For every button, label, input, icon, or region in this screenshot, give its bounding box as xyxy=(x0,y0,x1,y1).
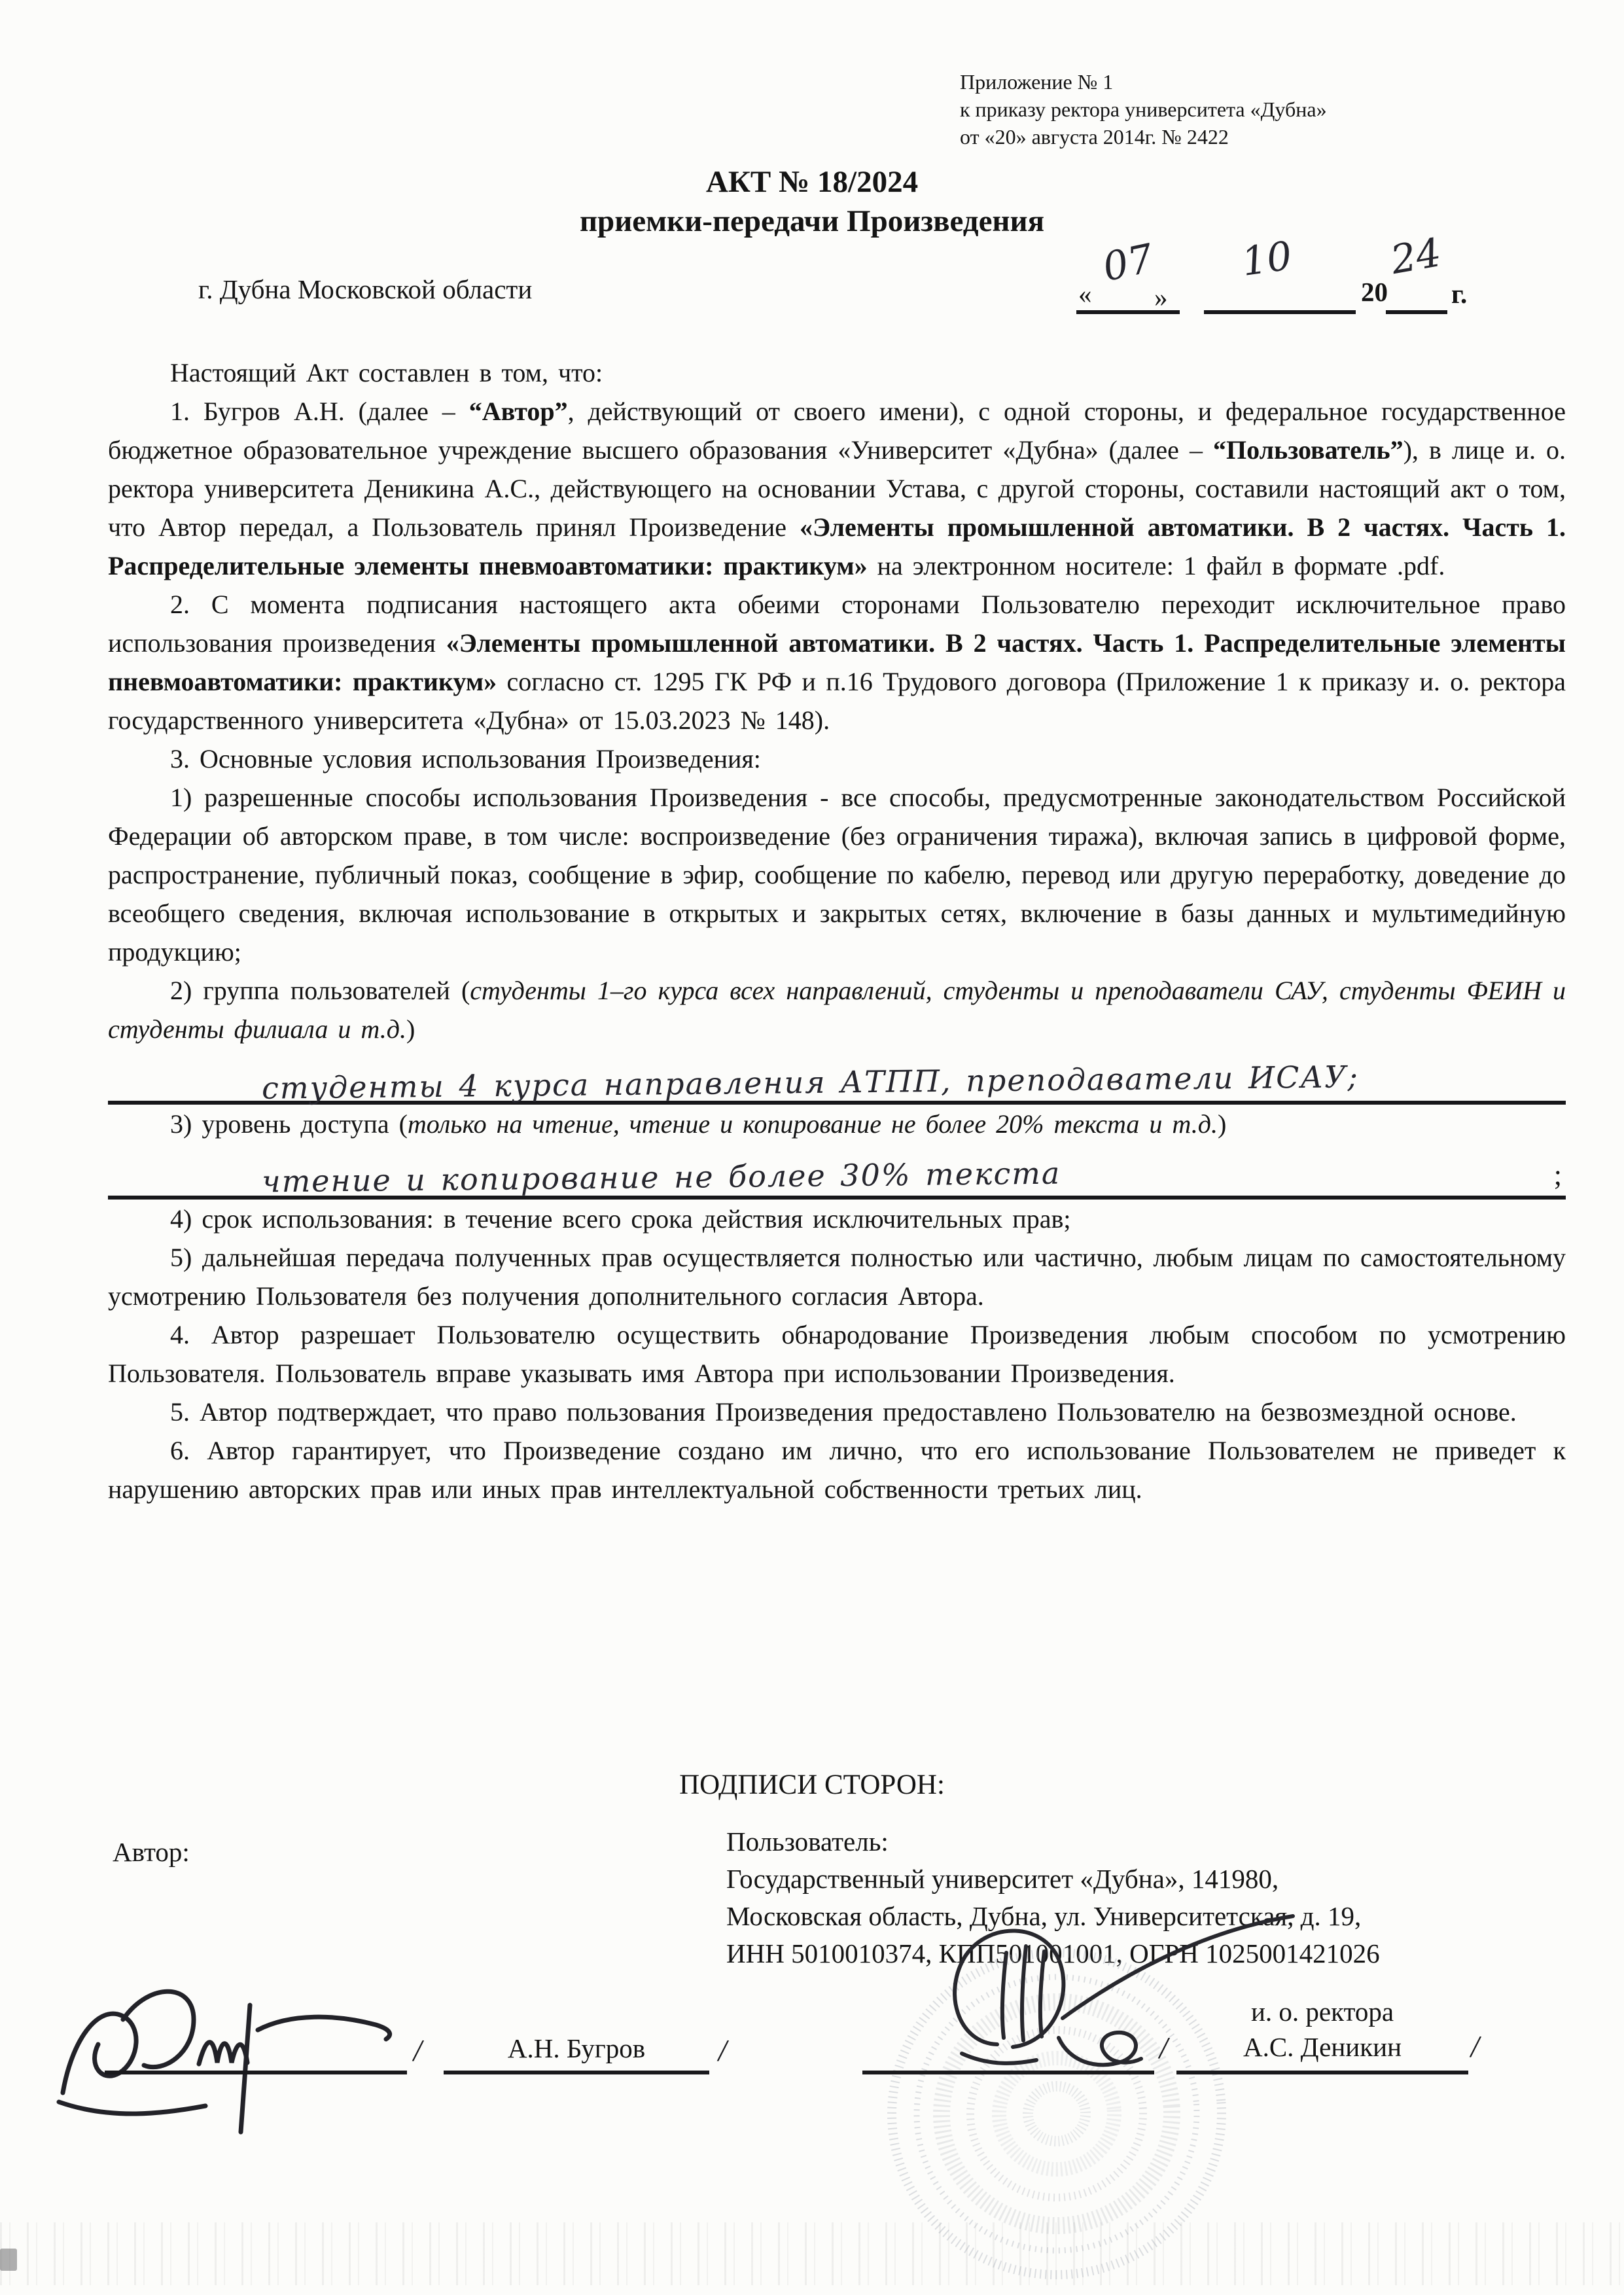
act-subtitle: приемки-передачи Произведения xyxy=(0,202,1624,241)
text-segment: 5. Автор подтверждает, что право пользов… xyxy=(170,1397,1517,1427)
text-segment: 5) дальнейшая передача полученных прав о… xyxy=(108,1243,1566,1311)
scanner-noise-band xyxy=(0,2222,1624,2285)
author-name: А.Н. Бугров xyxy=(444,2033,709,2064)
paragraph: Настоящий Акт составлен в том, что: xyxy=(108,353,1566,392)
act-number-title: АКТ № 18/2024 xyxy=(0,162,1624,202)
user-label: Пользователь: xyxy=(726,1823,1380,1860)
rector-signature-line xyxy=(862,2071,1154,2074)
handwritten-entry: чтение и копирование не более 30% текста xyxy=(262,1156,1061,1199)
paragraph: 3) уровень доступа (только на чтение, чт… xyxy=(108,1105,1566,1143)
paragraph: 5. Автор подтверждает, что право пользов… xyxy=(108,1393,1566,1431)
date-day-underline xyxy=(1076,310,1180,314)
paragraph: 4. Автор разрешает Пользователю осуществ… xyxy=(108,1315,1566,1393)
paragraph: 3. Основные условия использования Произв… xyxy=(108,739,1566,778)
paragraph: 1. Бугров А.Н. (далее – “Автор”, действу… xyxy=(108,392,1566,585)
date-close-quote: » xyxy=(1154,281,1168,313)
date-open-quote: « xyxy=(1078,278,1092,310)
appendix-line: к приказу ректора университета «Дубна» xyxy=(960,96,1327,123)
author-signature xyxy=(54,1967,423,2141)
text-segment: на электронном носителе: 1 файл в формат… xyxy=(868,551,1445,580)
author-label: Автор: xyxy=(113,1836,190,1868)
date-year-prefix: 20 xyxy=(1361,276,1388,308)
handwritten-entry-row: чтение и копирование не более 30% текста… xyxy=(108,1143,1566,1200)
rector-name-line xyxy=(1176,2071,1468,2074)
signatures-heading: ПОДПИСИ СТОРОН: xyxy=(0,1769,1624,1801)
date-year-label: г. xyxy=(1451,278,1467,310)
document-body: Настоящий Акт составлен в том, что:1. Бу… xyxy=(108,353,1566,1508)
date-month-handwritten: 10 xyxy=(1239,236,1294,282)
paragraph: 4) срок использования: в течение всего с… xyxy=(108,1200,1566,1238)
text-segment: 3. Основные условия использования Произв… xyxy=(170,744,761,774)
slash-separator: / xyxy=(1468,2027,1483,2065)
rector-role: и. о. ректора xyxy=(1176,1996,1468,2027)
text-segment: только на чтение, чтение и копирование н… xyxy=(408,1109,1218,1139)
appendix-reference-block: Приложение № 1 к приказу ректора универс… xyxy=(960,68,1327,151)
text-segment: 3) уровень доступа ( xyxy=(170,1109,408,1139)
paragraph: 2) группа пользователей (студенты 1–го к… xyxy=(108,971,1566,1048)
printed-suffix: ; xyxy=(1554,1156,1562,1194)
text-segment: 6. Автор гарантирует, что Произведение с… xyxy=(108,1436,1566,1504)
text-segment: ) xyxy=(1218,1109,1226,1139)
text-segment: 1. Бугров А.Н. (далее – xyxy=(170,397,469,426)
user-address-line: Государственный университет «Дубна», 141… xyxy=(726,1860,1380,1898)
date-year-handwritten: 24 xyxy=(1388,233,1444,280)
place-line: г. Дубна Московской области xyxy=(198,274,532,305)
date-month-underline xyxy=(1204,310,1356,314)
text-segment: 1) разрешенные способы использования Про… xyxy=(108,783,1566,967)
text-segment: ) xyxy=(406,1014,415,1044)
paragraph: 1) разрешенные способы использования Про… xyxy=(108,778,1566,971)
author-signature-line xyxy=(105,2071,407,2074)
author-name-line xyxy=(444,2071,709,2074)
text-segment: 4) срок использования: в течение всего с… xyxy=(170,1204,1070,1234)
text-segment: 2) группа пользователей ( xyxy=(170,976,470,1005)
paragraph: 2. С момента подписания настоящего акта … xyxy=(108,585,1566,739)
rector-name: А.С. Деникин xyxy=(1176,2031,1468,2063)
text-segment: “Автор” xyxy=(469,397,568,426)
slash-separator: / xyxy=(716,2031,730,2069)
appendix-line: от «20» августа 2014г. № 2422 xyxy=(960,123,1327,151)
document-page: Приложение № 1 к приказу ректора универс… xyxy=(0,0,1624,2295)
paragraph: 6. Автор гарантирует, что Произведение с… xyxy=(108,1431,1566,1508)
date-day-handwritten: 07 xyxy=(1100,239,1157,288)
document-title: АКТ № 18/2024 приемки-передачи Произведе… xyxy=(0,162,1624,241)
date-year-underline xyxy=(1386,310,1447,314)
paragraph: 5) дальнейшая передача полученных прав о… xyxy=(108,1238,1566,1315)
text-segment: “Пользователь” xyxy=(1213,435,1403,465)
handwritten-entry: студенты 4 курса направления АТПП, препо… xyxy=(262,1059,1359,1105)
appendix-line: Приложение № 1 xyxy=(960,68,1327,96)
text-segment: 4. Автор разрешает Пользователю осуществ… xyxy=(108,1320,1566,1388)
scanner-mark xyxy=(0,2249,17,2271)
handwritten-entry-row: студенты 4 курса направления АТПП, препо… xyxy=(108,1048,1566,1105)
text-segment: Настоящий Акт составлен в том, что: xyxy=(170,358,603,387)
